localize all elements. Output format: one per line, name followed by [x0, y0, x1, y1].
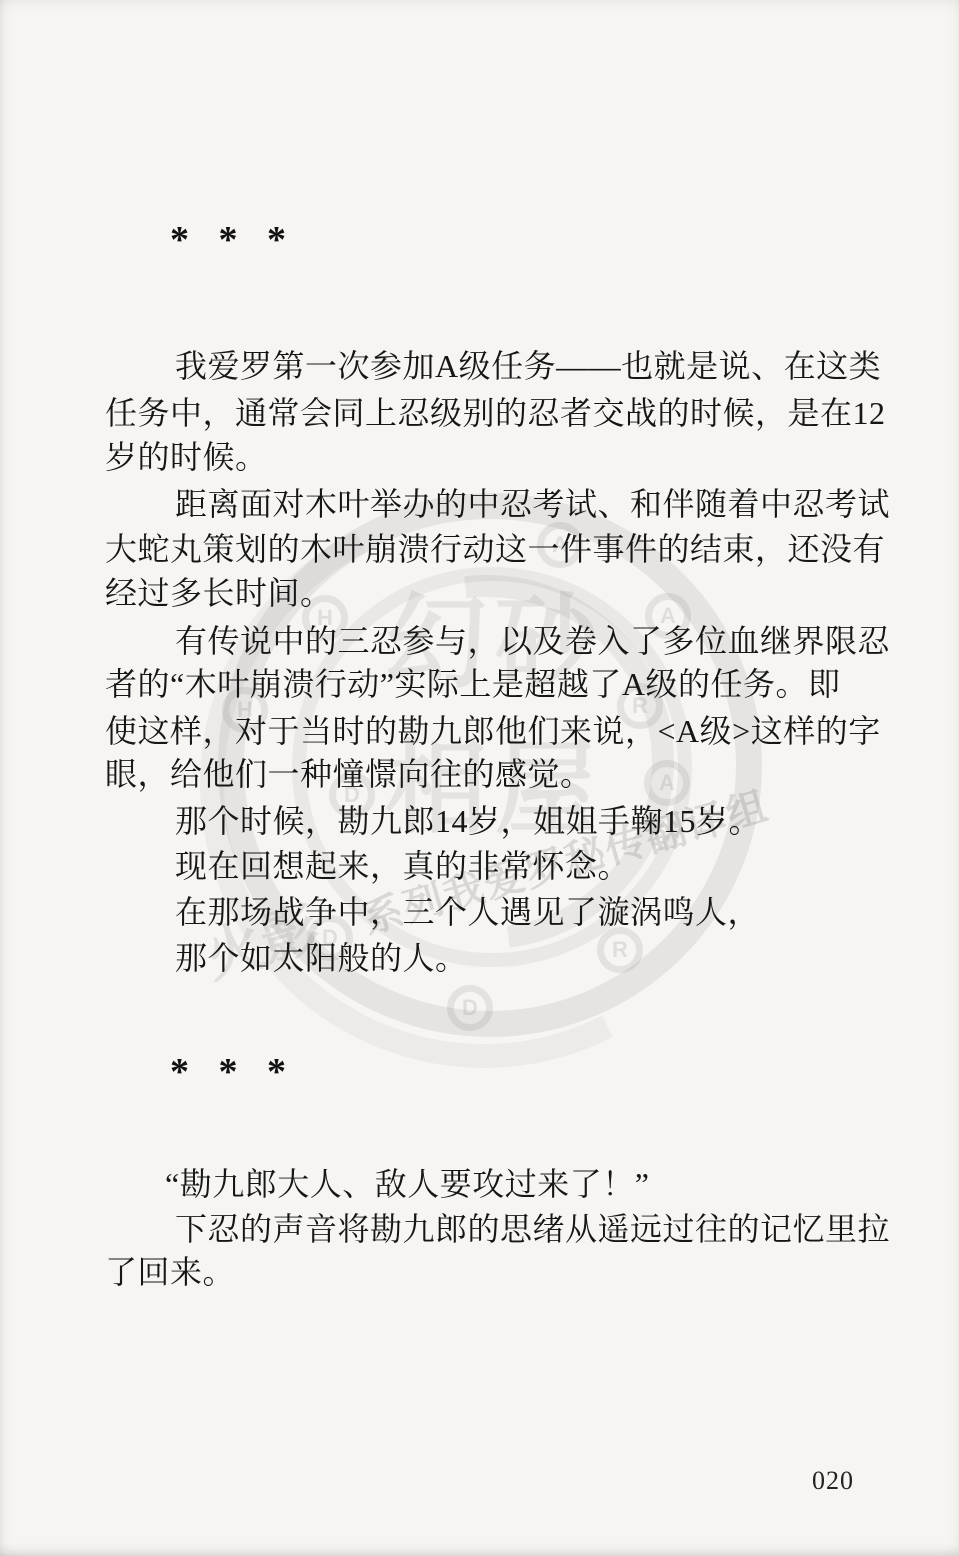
text-line: 我爱罗第一次参加A级任务——也就是说、在这类	[175, 350, 881, 382]
text-line: 在那场战争中，三个人遇见了漩涡鸣人，	[175, 896, 760, 928]
watermark-badge: D	[447, 985, 493, 1031]
watermark-badge: A	[644, 760, 690, 806]
text-line: 距离面对木叶举办的中忍考试、和伴随着中忍考试	[175, 488, 890, 520]
text-line: 经过多长时间。	[105, 577, 333, 609]
section-separator: * * *	[170, 1053, 296, 1091]
text-line: 那个如太阳般的人。	[175, 942, 468, 974]
text-line: 眼，给他们一种憧憬向往的感觉。	[105, 758, 593, 790]
text-line: 了回来。	[105, 1256, 235, 1288]
text-line: 使这样，对于当时的勘九郎他们来说，<A级>这样的字	[105, 715, 881, 747]
text-line: 大蛇丸策划的木叶崩溃行动这一件事件的结束，还没有	[105, 533, 885, 565]
watermark-badge: R	[597, 927, 643, 973]
text-line: “勘九郎大人、敌人要攻过来了！”	[165, 1168, 649, 1200]
text-line: 下忍的声音将勘九郎的思绪从遥远过往的记忆里拉	[175, 1213, 890, 1245]
text-line: 者的“木叶崩溃行动”实际上是超越了A级的任务。即	[105, 668, 841, 700]
text-line: 有传说中的三忍参与，以及卷入了多位血继界限忍	[175, 625, 890, 657]
text-line: 岁的时候。	[105, 441, 268, 473]
page-number: 020	[812, 1466, 854, 1496]
text-line: 现在回想起来，真的非常怀念。	[175, 850, 630, 882]
text-line: 那个时候，勘九郎14岁，姐姐手鞠15岁。	[175, 805, 761, 837]
text-line: 任务中，通常会同上忍级别的忍者交战的时候，是在12	[105, 397, 886, 429]
book-page: 幻砂 相屋 AARARDDHHD 火影系列我爱罗秘传翻译组 * * *我爱罗第一…	[0, 0, 959, 1556]
section-separator: * * *	[170, 221, 296, 259]
